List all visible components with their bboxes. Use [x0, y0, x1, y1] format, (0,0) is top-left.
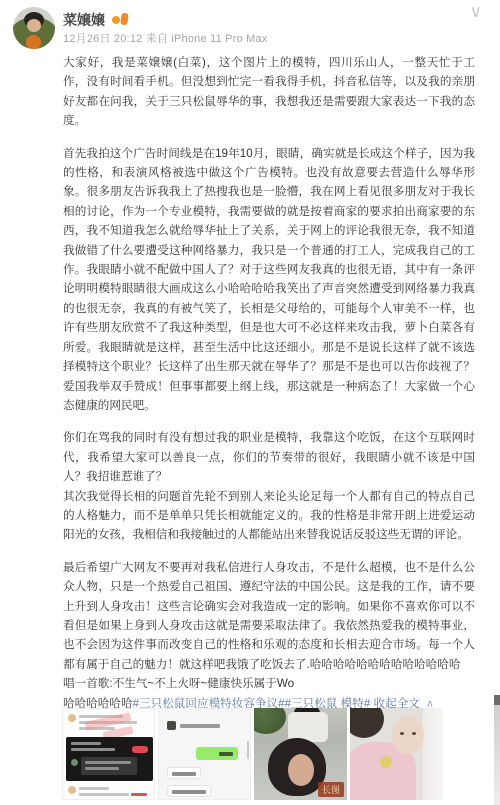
screenshot-edge-artifact: [494, 695, 500, 805]
thumbnail-model-photo[interactable]: 长图: [254, 708, 347, 800]
post-body: 大家好，我是菜嬢嬢(白菜)，这个图片上的模特，四川乐山人，一整天忙于工作，没有时…: [63, 53, 475, 708]
image-gallery: 长图: [62, 708, 446, 800]
hashtag-link[interactable]: #三只松鼠回应模特妆容争议##三只松鼠 模特#: [133, 697, 371, 708]
tail-prefix: 哈哈哈哈哈哈: [63, 697, 133, 708]
avatar-face: [27, 19, 41, 32]
paragraph-5: 最后希望广大网友不要再对我私信进行人身攻击，不是什么超模，也不是什么公众人物，只…: [63, 558, 475, 674]
paragraph-6-song-line: 唱一首歌:不生气~不上火呀~健康快乐属于Wo: [63, 674, 475, 693]
collapse-full-text-link[interactable]: 收起全文: [374, 697, 420, 708]
weibo-post: 菜嬢嬢 12月26日 20:12 来自 iPhone 11 Pro Max ∨ …: [0, 0, 500, 805]
chat-avatar-icon: [167, 721, 176, 730]
foliage: [254, 708, 286, 734]
wechat-white-bubble: [167, 785, 211, 797]
username[interactable]: 菜嬢嬢: [63, 10, 105, 30]
paragraph-1: 大家好，我是菜嬢嬢(白菜)，这个图片上的模特，四川乐山人，一整天忙于工作，没有时…: [63, 53, 475, 131]
long-image-badge: 长图: [318, 782, 344, 797]
comment-bubble: [81, 757, 137, 775]
chevron-down-icon[interactable]: ∨: [470, 2, 482, 22]
post-meta: 12月26日 20:12 来自 iPhone 11 Pro Max: [63, 30, 268, 46]
orange-emoji-badge-icon: [112, 13, 132, 25]
comment-avatar-icon: [71, 759, 78, 766]
paragraph-3: 你们在骂我的同时有没有想过我的职业是模特，我靠这个吃饭，在这个互联网时代，我希望…: [63, 428, 475, 486]
tail-line: 哈哈哈哈哈哈#三只松鼠回应模特妆容争议##三只松鼠 模特# 收起全文∧: [63, 694, 475, 708]
red-button: [132, 746, 148, 753]
chevron-up-icon: ∧: [426, 698, 434, 708]
paragraph-2: 首先我拍这个广告时间线是在19年10月，眼睛，确实就是长成这个样子，因为我的性格…: [63, 144, 475, 416]
thumbnail-comments-screenshot[interactable]: [62, 708, 155, 800]
paragraph-4: 其次我觉得长相的问题首先轮不到别人来论头论足每一个人都有自己的特点自己的人格魅力…: [63, 487, 475, 545]
wechat-green-bubble: [196, 747, 238, 760]
comment-avatar-icon: [68, 786, 76, 794]
thumbnail-baby-photo[interactable]: [350, 708, 443, 800]
avatar-basketball: [26, 35, 41, 49]
wechat-white-bubble: [167, 767, 201, 779]
comment-avatar-icon: [68, 714, 76, 722]
red-text: [131, 793, 147, 796]
avatar[interactable]: [13, 7, 55, 49]
dark-app-panel: [66, 737, 153, 781]
thumbnail-wechat-chat[interactable]: [158, 708, 251, 800]
chat-scrollbar: [247, 741, 249, 759]
